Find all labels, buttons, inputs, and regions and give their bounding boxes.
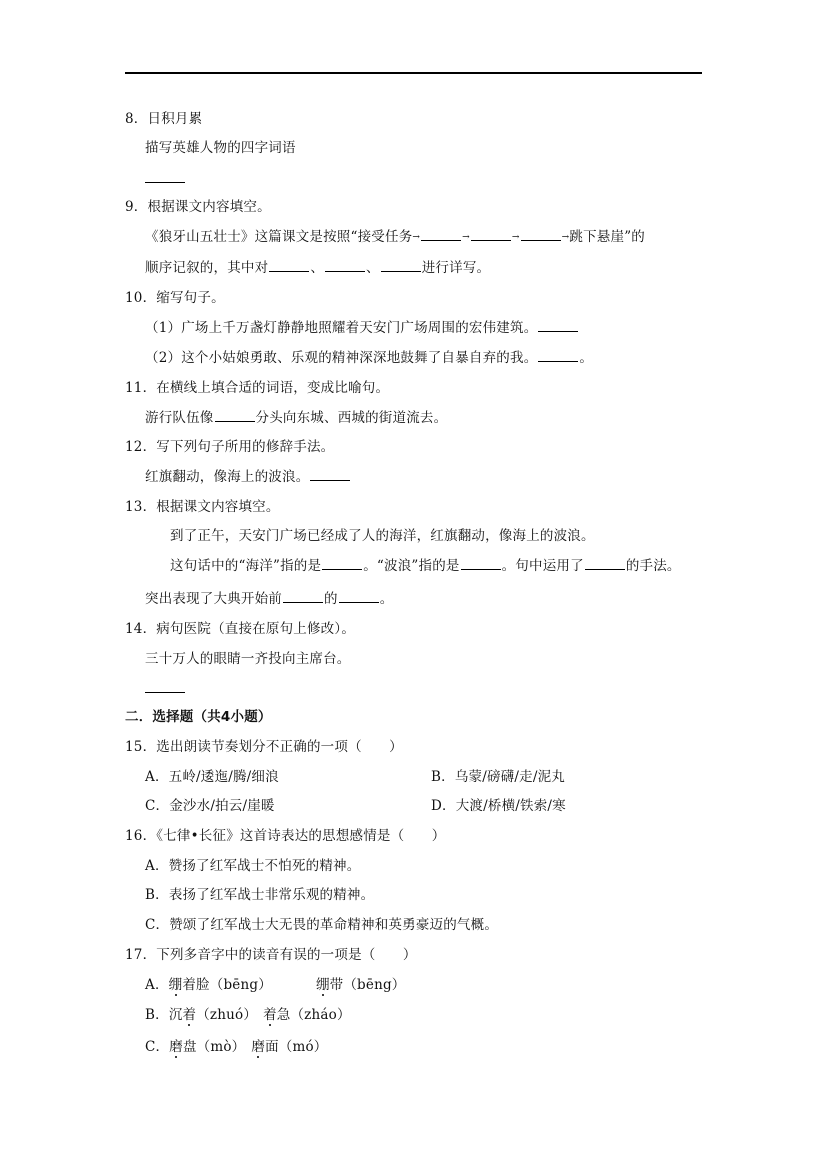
q13-text: 。 [380, 591, 394, 607]
question-14-answer-blank[interactable] [145, 692, 185, 693]
emphasis-char: 磨 [169, 1039, 183, 1055]
question-13-quote: 到了正午，天安门广场已经成了人的海洋，红旗翻动，像海上的波浪。 [170, 526, 595, 546]
q10-text: （1）广场上千万盏灯静静地照耀着天安门广场周围的宏伟建筑。 [145, 320, 537, 336]
q9-text: 进行详写。 [422, 260, 491, 276]
question-11-line: 游行队伍像分头向东城、西城的街道流去。 [145, 408, 447, 428]
q9-blank-6[interactable] [381, 259, 421, 272]
question-8-title: 8．日积月累 [125, 109, 202, 129]
question-12-title: 12．写下列句子所用的修辞手法。 [125, 437, 334, 457]
q16-option-c[interactable]: C．赞颂了红军战士大无畏的革命精神和英勇豪迈的气概。 [145, 915, 498, 935]
pinyin: （zháo） [290, 1007, 350, 1023]
section-2-heading: 二．选择题（共4小题） [125, 707, 272, 727]
q12-blank[interactable] [310, 468, 350, 481]
q16-option-b[interactable]: B．表扬了红军战士非常乐观的精神。 [145, 885, 374, 905]
emphasis-char: 磨 [251, 1039, 265, 1055]
option-text: 面 [265, 1039, 279, 1055]
question-14-title: 14．病句医院（直接在原句上修改）。 [125, 619, 355, 639]
q15-option-d[interactable]: D．大渡/桥横/铁索/寒 [431, 796, 566, 816]
question-17-title: 17．下列多音字中的读音有误的一项是（ ） [125, 945, 417, 965]
q11-text: 游行队伍像 [145, 410, 214, 426]
q15-option-b[interactable]: B．乌蒙/磅礴/走/泥丸 [431, 767, 565, 787]
q13-blank-4[interactable] [283, 590, 323, 603]
option-label: A． [145, 977, 169, 993]
question-12-line: 红旗翻动，像海上的波浪。 [145, 467, 351, 487]
option-text: 赞颂了红军战士大无畏的革命精神和英勇豪迈的气概。 [169, 917, 498, 933]
pinyin: （mó） [279, 1039, 328, 1055]
option-text: 沉 [169, 1007, 183, 1023]
q10-text: 。 [579, 350, 593, 366]
emphasis-char: 着 [263, 1007, 277, 1023]
q13-text: 。“波浪”指的是 [363, 558, 459, 574]
q13-text: 。句中运用了 [502, 558, 584, 574]
q13-blank-2[interactable] [461, 557, 501, 570]
question-15-title: 15．选出朗读节奏划分不正确的一项（ ） [125, 737, 403, 757]
option-label: C． [145, 917, 169, 933]
option-label: B． [145, 1007, 169, 1023]
question-13-title: 13．根据课文内容填空。 [125, 497, 280, 517]
option-text: 赞扬了红军战士不怕死的精神。 [169, 858, 361, 874]
q10-text: （2）这个小姑娘勇敢、乐观的精神深深地鼓舞了自暴自弃的我。 [145, 350, 537, 366]
q13-blank-5[interactable] [339, 590, 379, 603]
header-rule [125, 72, 702, 74]
question-8-answer-blank[interactable] [145, 182, 185, 183]
arrow-icon: → [512, 233, 520, 243]
arrow-icon: → [462, 233, 470, 243]
question-9-line-1: 《狼牙山五壮士》这篇课文是按照“接受任务→→→→跳下悬崖”的 [145, 227, 645, 248]
q17-option-b[interactable]: B．沉着（zhuó）着急（zháo） [145, 1005, 351, 1025]
pinyin: （mò） [197, 1039, 246, 1055]
question-11-title: 11．在横线上填合适的词语，变成比喻句。 [125, 378, 389, 398]
q11-blank[interactable] [215, 409, 255, 422]
q11-text: 分头向东城、西城的街道流去。 [256, 410, 448, 426]
separator: 、 [310, 260, 324, 276]
question-10-item-2: （2）这个小姑娘勇敢、乐观的精神深深地鼓舞了自暴自弃的我。。 [145, 348, 593, 368]
emphasis-char: 绷 [316, 977, 330, 993]
q13-text: 的 [324, 591, 338, 607]
option-label: D． [431, 798, 456, 814]
option-label: A． [145, 769, 169, 785]
option-text: 盘 [183, 1039, 197, 1055]
q9-text: 顺序记叙的，其中对 [145, 260, 268, 276]
option-text: 着脸 [182, 977, 209, 993]
option-text: 表扬了红军战士非常乐观的精神。 [169, 887, 375, 903]
option-text: 急 [277, 1007, 291, 1023]
question-9-line-2: 顺序记叙的，其中对、、进行详写。 [145, 258, 490, 278]
q9-text: 《狼牙山五壮士》这篇课文是按照“接受任务 [145, 229, 412, 245]
separator: 、 [366, 260, 380, 276]
q17-option-c[interactable]: C．磨盘（mò）磨面（mó） [145, 1037, 328, 1057]
q12-text: 红旗翻动，像海上的波浪。 [145, 469, 309, 485]
option-text: 五岭/逶迤/腾/细浪 [169, 769, 279, 785]
q9-blank-4[interactable] [269, 259, 309, 272]
question-9-title: 9．根据课文内容填空。 [125, 197, 271, 217]
pinyin: （bēng） [343, 977, 405, 993]
q15-option-c[interactable]: C．金沙水/拍云/崖暖 [145, 796, 275, 816]
q9-blank-5[interactable] [325, 259, 365, 272]
q13-text: 的手法。 [626, 558, 681, 574]
q9-blank-2[interactable] [471, 228, 511, 241]
emphasis-char: 着 [183, 1007, 197, 1023]
option-label: C． [145, 798, 169, 814]
q9-blank-3[interactable] [521, 228, 561, 241]
question-8-prompt: 描写英雄人物的四字词语 [145, 138, 296, 158]
option-label: B． [145, 887, 169, 903]
option-label: B． [431, 769, 455, 785]
pinyin: （zhuó） [196, 1007, 257, 1023]
q13-text: 这句话中的“海洋”指的是 [170, 558, 321, 574]
q15-option-a[interactable]: A．五岭/逶迤/腾/细浪 [145, 767, 279, 787]
pinyin: （bēng） [210, 977, 272, 993]
question-13-line-2: 这句话中的“海洋”指的是。“波浪”指的是。句中运用了的手法。 [170, 556, 681, 576]
question-10-title: 10．缩写句子。 [125, 288, 225, 308]
arrow-icon: → [412, 233, 420, 243]
q9-blank-1[interactable] [421, 228, 461, 241]
option-text: 金沙水/拍云/崖暖 [169, 798, 274, 814]
q10-blank-2[interactable] [538, 349, 578, 362]
q16-option-a[interactable]: A．赞扬了红军战士不怕死的精神。 [145, 856, 360, 876]
q10-blank-1[interactable] [538, 319, 578, 332]
q13-blank-3[interactable] [585, 557, 625, 570]
q13-blank-1[interactable] [322, 557, 362, 570]
option-text: 乌蒙/磅礴/走/泥丸 [455, 769, 565, 785]
q13-text: 突出表现了大典开始前 [145, 591, 282, 607]
question-14-sentence: 三十万人的眼睛一齐投向主席台。 [145, 649, 351, 669]
option-label: C． [145, 1039, 169, 1055]
question-16-title: 16．《七律•长征》这首诗表达的思想感情是（ ） [125, 826, 445, 846]
q17-option-a[interactable]: A．绷着脸（bēng）绷带（bēng） [145, 975, 406, 995]
option-text: 带 [330, 977, 344, 993]
option-label: A． [145, 858, 169, 874]
q9-text: 跳下悬崖”的 [569, 229, 645, 245]
option-text: 大渡/桥横/铁索/寒 [456, 798, 566, 814]
emphasis-char: 绷 [169, 977, 183, 993]
question-13-line-3: 突出表现了大典开始前的。 [145, 589, 393, 609]
question-10-item-1: （1）广场上千万盏灯静静地照耀着天安门广场周围的宏伟建筑。 [145, 318, 579, 338]
